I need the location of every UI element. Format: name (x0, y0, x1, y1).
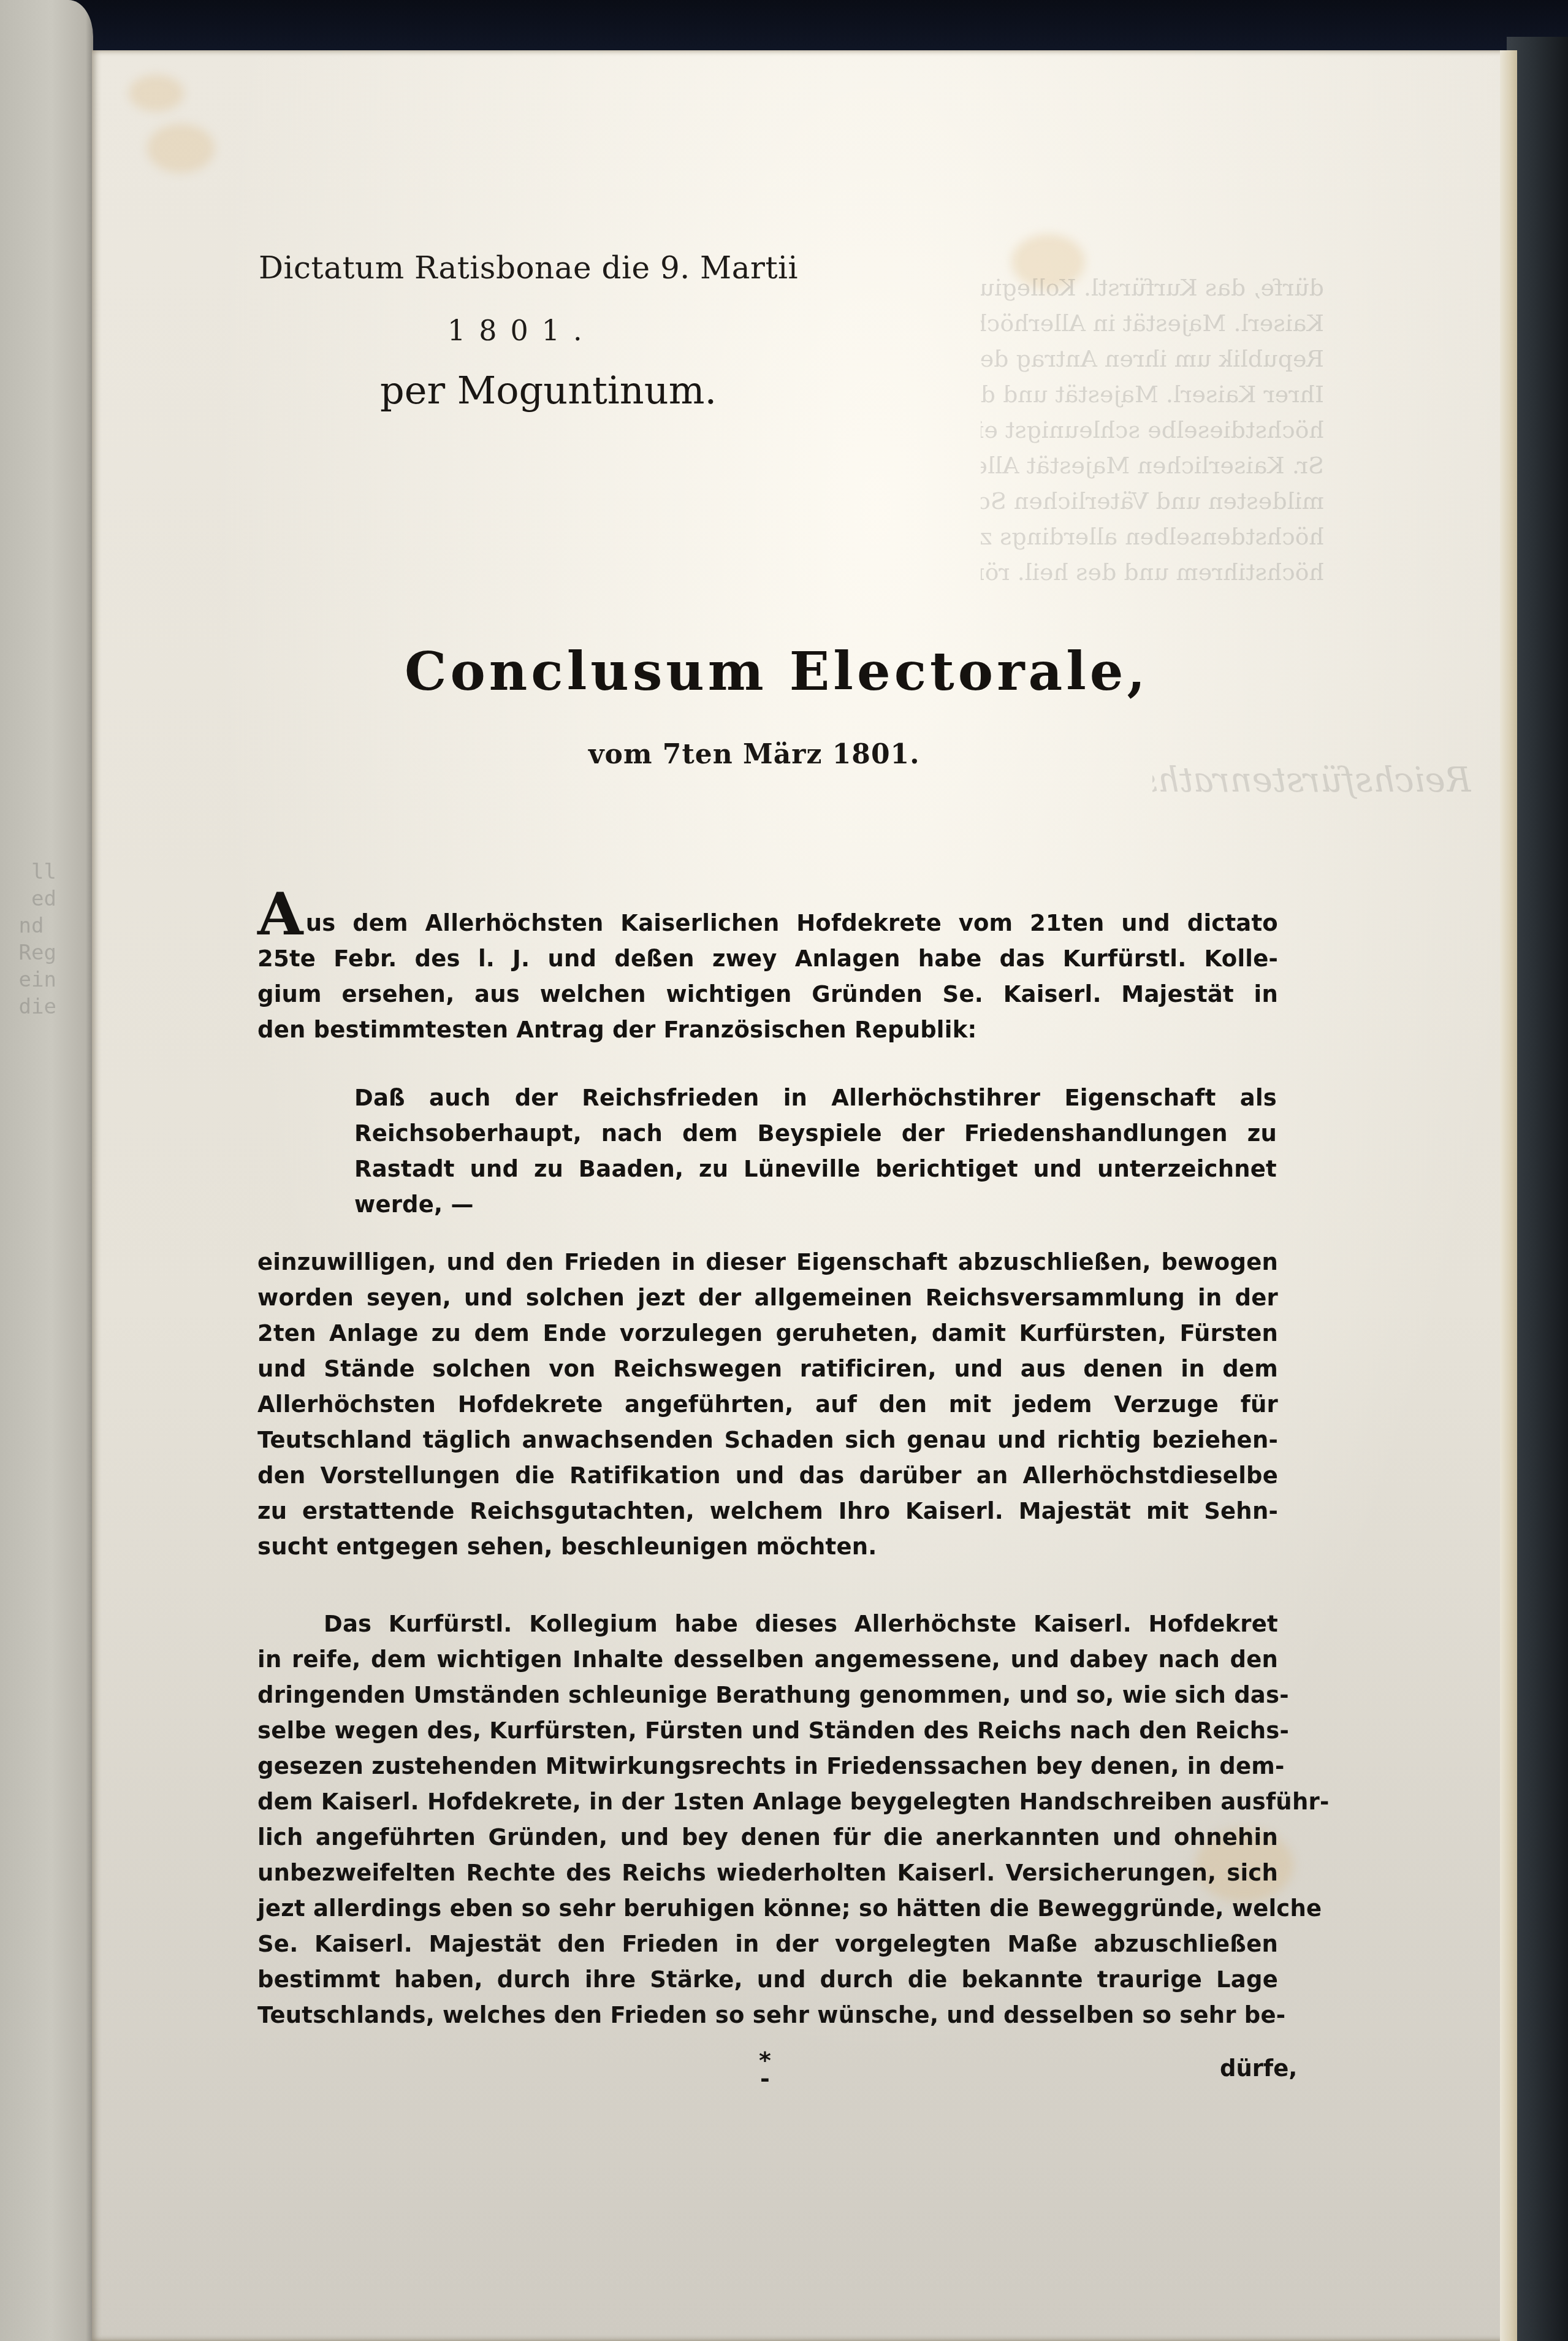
text-line: und Stände solchen von Reichswegen ratif… (257, 1351, 1278, 1387)
text-line: worden seyen, und solchen jezt der allge… (257, 1280, 1278, 1316)
text-line: werde, — (354, 1187, 1277, 1223)
text-line: lich angeführten Gründen, und bey denen … (257, 1820, 1278, 1855)
text-line: Das Kurfürstl. Kollegium habe dieses All… (257, 1606, 1278, 1642)
text-line: gium ersehen, aus welchen wichtigen Grün… (257, 977, 1278, 1012)
text-line: Daß auch der Reichsfrieden in Allerhöchs… (354, 1080, 1277, 1116)
left-facing-page: ll ed nd Reg ein die (0, 0, 93, 2341)
text-line: Rastadt und zu Baaden, zu Lüneville beri… (354, 1151, 1277, 1187)
text-line: Se. Kaiserl. Majestät den Frieden in der… (257, 1927, 1278, 1962)
year-line: 1801. (447, 314, 596, 347)
text-line: zu erstattende Reichsgutachten, welchem … (257, 1494, 1278, 1529)
paragraph-continuation: einzuwilligen, und den Frieden in dieser… (257, 1245, 1278, 1565)
block-quote: Daß auch der Reichsfrieden in Allerhöchs… (354, 1080, 1277, 1223)
foxing-stain (129, 75, 184, 112)
signature-mark: * - (759, 2051, 771, 2088)
text-line: Reichsoberhaupt, nach dem Beyspiele der … (354, 1116, 1277, 1151)
paragraph-1: Aus dem Allerhöchsten Kaiserlichen Hofde… (257, 896, 1278, 1048)
text-line: Allerhöchsten Hofdekrete angeführten, au… (257, 1387, 1278, 1423)
dark-background-top (0, 0, 1568, 55)
text-line: jezt allerdings eben so sehr beruhigen k… (257, 1891, 1278, 1927)
reverse-side-bleed-title: Reichsfürstenraths-Gutachten (1152, 760, 1471, 800)
foxing-stain (147, 124, 215, 173)
text-line: 25te Febr. des l. J. und deßen zwey Anla… (257, 941, 1278, 977)
text-line: den Vorstellungen die Ratifikation und d… (257, 1458, 1278, 1494)
document-date: vom 7ten März 1801. (588, 739, 920, 770)
signature-dash: - (760, 2065, 770, 2092)
text-line: us dem Allerhöchsten Kaiserlichen Hofdek… (306, 910, 1278, 936)
text-line: dringenden Umständen schleunige Berathun… (257, 1678, 1278, 1713)
catchword: dürfe, (1220, 2055, 1297, 2082)
text-line: in reife, dem wichtigen Inhalte desselbe… (257, 1642, 1278, 1678)
drop-cap: A (257, 896, 303, 932)
text-line: unbezweifelten Rechte des Reichs wiederh… (257, 1855, 1278, 1891)
dictatum-line: Dictatum Ratisbonae die 9. Martii (259, 250, 798, 286)
reverse-side-bleed-through: dürfe, das Kurfürstl. Kollegium zu Kaise… (981, 270, 1324, 590)
page-fore-edge (1500, 50, 1517, 2341)
text-line: 2ten Anlage zu dem Ende vorzulegen geruh… (257, 1316, 1278, 1351)
text-line: gesezen zustehenden Mitwirkungsrechts in… (257, 1749, 1278, 1784)
paragraph-2: Das Kurfürstl. Kollegium habe dieses All… (257, 1606, 1278, 2033)
text-line: dem Kaiserl. Hofdekrete, in der 1sten An… (257, 1784, 1278, 1820)
per-moguntinum-line: per Moguntinum. (380, 368, 717, 413)
faded-left-page-text: ll ed nd Reg ein die (6, 858, 86, 1020)
text-line: selbe wegen des, Kurfürsten, Fürsten und… (257, 1713, 1278, 1749)
text-line: Teutschlands, welches den Frieden so seh… (257, 1998, 1278, 2033)
text-line: Teutschland täglich anwachsenden Schaden… (257, 1423, 1278, 1458)
text-line: einzuwilligen, und den Frieden in dieser… (257, 1245, 1278, 1280)
text-line: sucht entgegen sehen, beschleunigen möch… (257, 1529, 1278, 1565)
text-line: bestimmt haben, durch ihre Stärke, und d… (257, 1962, 1278, 1998)
text-line: den bestimmtesten Antrag der Französisch… (257, 1012, 1278, 1048)
document-title: Conclusum Electorale, (405, 641, 1149, 703)
